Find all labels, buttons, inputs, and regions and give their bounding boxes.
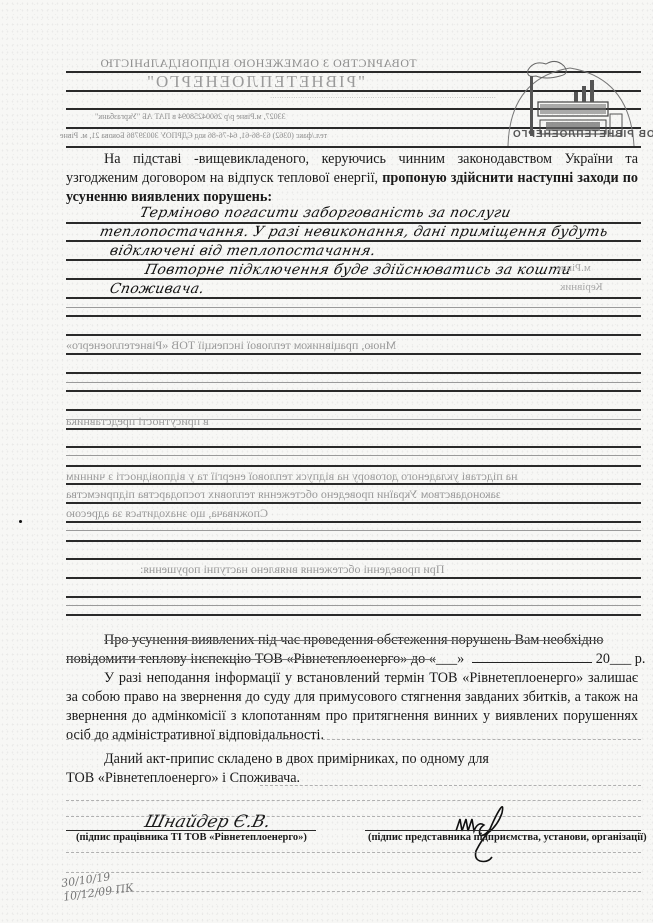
ruled-line-faint: [66, 307, 641, 308]
warning-paragraph: У разі неподання інформації у встановлен…: [66, 669, 638, 745]
ruled-line: [66, 446, 641, 448]
ruled-line: [66, 315, 641, 317]
ghost-text: Керівник: [560, 281, 603, 293]
ruled-line: [66, 558, 641, 560]
dotted-line: [66, 739, 641, 740]
handwritten-measure-line: відключені від теплопостачання.: [108, 243, 377, 259]
signature-line: [365, 830, 641, 831]
ruled-line: [66, 540, 641, 542]
stamp-label: ТОВ РІВНЕТЕПЛОЕНЕРГО: [512, 129, 653, 140]
ghost-header-address: 33027, м.Рівне р/р 26004258094 в ПАТ АБ …: [95, 112, 286, 121]
ruled-line-faint: [66, 455, 641, 456]
dotted-line: [260, 785, 641, 786]
ruled-line: [66, 390, 641, 392]
ghost-text: Споживача, що знаходиться за адресою: [66, 506, 268, 521]
notice-year-prefix: 20: [596, 651, 610, 667]
ghost-header-dots: ········································…: [66, 94, 496, 102]
ruled-line: [66, 521, 641, 523]
ruled-line: [66, 502, 641, 504]
notice-year-blank: ___: [610, 651, 631, 667]
ruled-line: [66, 483, 641, 485]
ruled-line: [66, 596, 641, 598]
ruled-line-faint: [66, 382, 641, 383]
scanned-document-page: ТОВАРИСТВО З ОБМЕЖЕНОЮ ВІДПОВІДАЛЬНІСТЮ …: [0, 0, 653, 923]
notice-mid: »: [457, 651, 468, 667]
dotted-line: [66, 852, 641, 853]
dotted-line: [66, 800, 641, 801]
notice-line1: Про усунення виявлених під час проведенн…: [66, 631, 638, 650]
ruled-line: [66, 465, 641, 467]
notice-day-blank: ___: [436, 651, 457, 667]
notice-month-blank: [472, 650, 592, 663]
handwritten-measure-line: теплопостачання. У разі невиконання, дан…: [98, 224, 609, 240]
notice-prefix: повідомити теплову інспекцію ТОВ «Рівнет…: [66, 651, 436, 667]
ghost-text: на підставі укладеного договору на відпу…: [66, 469, 517, 484]
dotted-line: [66, 872, 641, 873]
ruled-line-faint: [66, 530, 641, 531]
ruled-line: [66, 409, 641, 411]
ruled-line: [66, 297, 641, 299]
signature-line: [66, 830, 316, 831]
ruled-line: [66, 577, 641, 579]
ruled-line-faint: [66, 605, 641, 606]
ruled-line: [66, 240, 641, 242]
ruled-line: [66, 372, 641, 374]
ruled-line: [66, 614, 641, 616]
intro-paragraph: На підставі -вищевикладеного, керуючись …: [66, 150, 638, 207]
ghost-header-line1: ТОВАРИСТВО З ОБМЕЖЕНОЮ ВІДПОВІДАЛЬНІСТЮ: [100, 56, 417, 71]
ghost-text: законодавством України проведено обстеже…: [66, 487, 501, 502]
inspector-signature-name: Шнайдер Є.В.: [143, 812, 273, 832]
ghost-header-contacts: тел./факс (0362) 63-86-61, 64-76-86 код …: [60, 131, 327, 140]
notice-year-suffix: р.: [631, 651, 645, 667]
ghost-text: При проведенні обстеження виявлено насту…: [140, 562, 444, 577]
ghost-header-company: "РІВНЕТЕПЛОЕНЕРГО": [145, 72, 365, 92]
handwritten-measure-line: Повторне підключення буде здійснюватись …: [143, 262, 572, 278]
ruled-line: [66, 259, 641, 261]
consumer-signature-caption: (підпис представника підприємства, устан…: [368, 832, 647, 843]
ruled-line: [66, 334, 641, 336]
ghost-text: м.Рівне: [556, 262, 591, 274]
notice-line2: повідомити теплову інспекцію ТОВ «Рівнет…: [66, 650, 638, 669]
handwritten-measure-line: Терміново погасити заборгованість за пос…: [138, 205, 512, 221]
margin-dot: [19, 520, 22, 523]
ruled-line: [66, 278, 641, 280]
ruled-line-faint: [66, 419, 641, 420]
ghost-text: Мною, працівником теплової інспекції ТОВ…: [66, 338, 396, 353]
dotted-line: [66, 891, 641, 892]
inspector-signature-caption: (підпис працівника ТІ ТОВ «Рівнетеплоене…: [76, 832, 307, 843]
ruled-line: [66, 353, 641, 355]
handwritten-measure-line: Споживача.: [108, 281, 205, 297]
ghost-text: в присутності представника: [66, 414, 209, 429]
copies-line1: Даний акт-припис складено в двох примірн…: [66, 750, 638, 769]
ruled-line: [66, 428, 641, 430]
